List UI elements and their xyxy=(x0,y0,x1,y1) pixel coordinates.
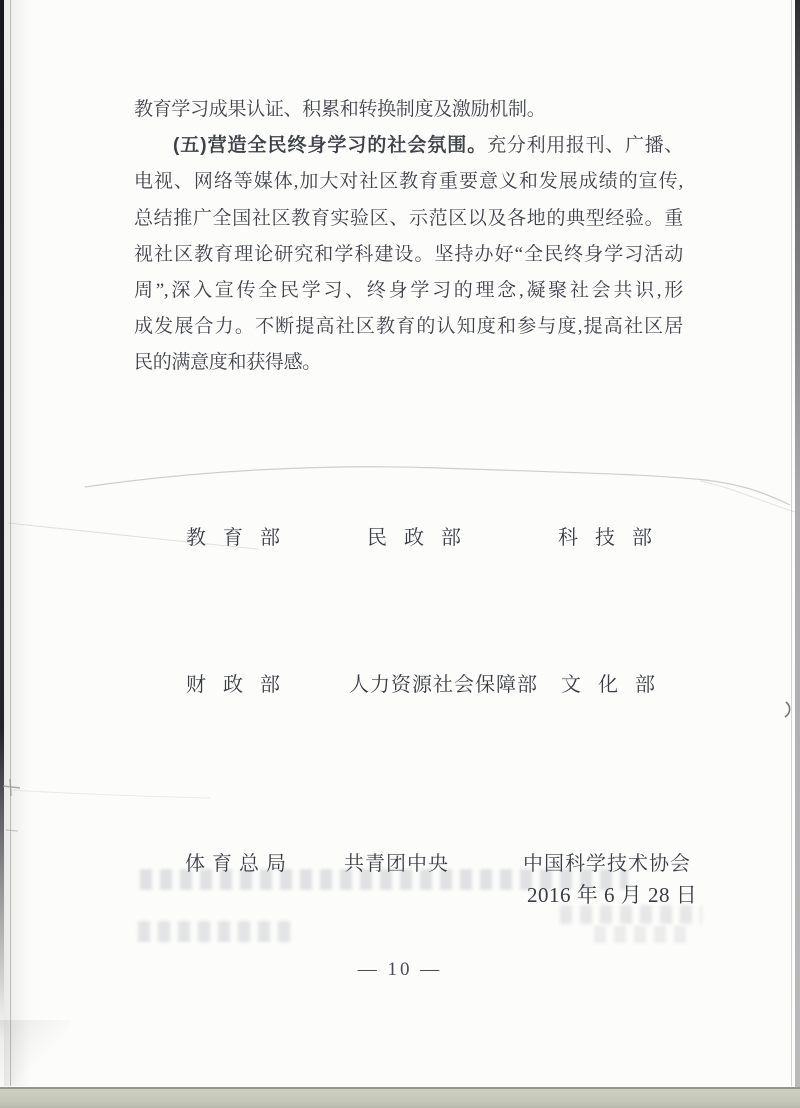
paragraph-text: 充分利用报刊、广播、 xyxy=(487,135,683,156)
signatory-ministry-of-finance: 财政部 xyxy=(186,668,297,697)
signatory-general-administration-of-sport: 体育总局 xyxy=(185,847,293,876)
signatory-ministry-of-human-resources: 人力资源社会保障部 xyxy=(349,668,538,697)
paragraph-line: 民的满意度和获得感。 xyxy=(134,345,683,381)
scan-left-edge xyxy=(0,0,4,1040)
paragraph-line: 成发展合力。不断提高社区教育的认知度和参与度,提高社区居 xyxy=(134,309,683,345)
scan-right-edge xyxy=(795,0,800,1108)
signatory-ministry-of-education: 教育部 xyxy=(186,521,297,550)
paragraph-line: 视社区教育理论研究和学科建设。坚持办好“全民终身学习活动 xyxy=(134,237,683,273)
left-paper-shadow xyxy=(4,0,30,1086)
show-through-text xyxy=(138,921,290,942)
right-fold-line xyxy=(791,0,792,1086)
paragraph-line: 教育学习成果认证、积累和转换制度及激励机制。 xyxy=(134,92,683,128)
paragraph-line: 周”,深入宣传全民学习、终身学习的理念,凝聚社会共识,形 xyxy=(134,273,683,309)
section-heading: (五)营造全民终身学习的社会氛围。 xyxy=(173,135,487,156)
bottom-left-shadow xyxy=(0,1020,70,1088)
signatory-communist-youth-league: 共青团中央 xyxy=(344,847,449,876)
paragraph-line: 电视、网络等媒体,加大对社区教育重要意义和发展成绩的宣传, xyxy=(134,164,683,200)
show-through-text xyxy=(594,926,694,943)
paragraph-line: (五)营造全民终身学习的社会氛围。充分利用报刊、广播、 xyxy=(134,128,683,164)
document-date: 2016 年 6 月 28 日 xyxy=(527,879,697,909)
paragraph-line: 总结推广全国社区教育实验区、示范区以及各地的典型经验。重 xyxy=(134,201,683,237)
signatory-ministry-of-culture: 文化部 xyxy=(561,668,672,697)
signatory-ministry-of-civil-affairs: 民政部 xyxy=(367,521,478,550)
left-fold-line xyxy=(10,0,11,1086)
page-number: — 10 — xyxy=(0,959,800,981)
body-paragraphs: 教育学习成果认证、积累和转换制度及激励机制。 (五)营造全民终身学习的社会氛围。… xyxy=(134,92,683,382)
signatory-china-association-science-technology: 中国科学技术协会 xyxy=(523,847,691,876)
scanned-document-page: 教育学习成果认证、积累和转换制度及激励机制。 (五)营造全民终身学习的社会氛围。… xyxy=(0,0,800,1108)
signatory-ministry-of-science-technology: 科技部 xyxy=(558,521,669,550)
scan-bottom-band xyxy=(0,1087,800,1108)
